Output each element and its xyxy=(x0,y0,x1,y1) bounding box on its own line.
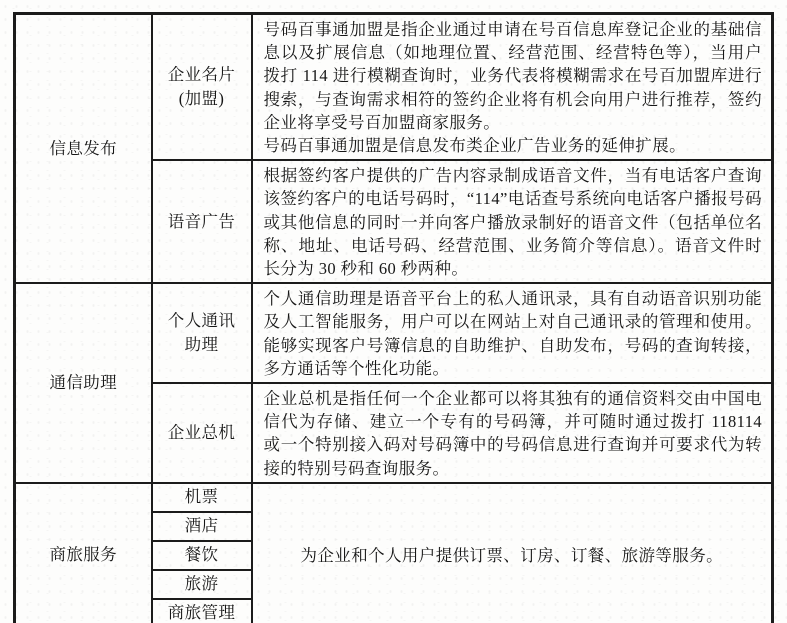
category-cell-business-travel: 商旅服务 xyxy=(15,483,152,623)
services-table: 信息发布 企业名片 (加盟) 号码百事通加盟是指企业通过申请在号百信息库登记企业… xyxy=(13,12,774,623)
category-cell-info-release: 信息发布 xyxy=(15,14,152,284)
table-row: 信息发布 企业名片 (加盟) 号码百事通加盟是指企业通过申请在号百信息库登记企业… xyxy=(15,14,773,161)
scanned-document-page: 信息发布 企业名片 (加盟) 号码百事通加盟是指企业通过申请在号百信息库登记企业… xyxy=(0,0,787,623)
service-desc-enterprise-switchboard: 企业总机是指任何一个企业都可以将其独有的通信资料交由中国电信代为存储、建立一个专… xyxy=(252,383,773,483)
service-name-hotel: 酒店 xyxy=(152,512,252,541)
service-desc-voice-ad: 根据签约客户提供的广告内容录制成语音文件，当有电话客户查询该签约客户的电话号码时… xyxy=(252,160,773,283)
table-row: 商旅服务 机票 为企业和个人用户提供订票、订房、订餐、旅游等服务。 xyxy=(15,483,773,512)
service-name-enterprise-switchboard: 企业总机 xyxy=(152,383,252,483)
category-cell-comm-assistant: 通信助理 xyxy=(15,283,152,483)
service-desc-personal-contact-assistant: 个人通信助理是语音平台上的私人通讯录，具有自动语音识别功能及人工智能服务，用户可… xyxy=(252,283,773,383)
service-name-flight-ticket: 机票 xyxy=(152,483,252,512)
service-name-voice-ad: 语音广告 xyxy=(152,160,252,283)
service-name-travel-management: 商旅管理 xyxy=(152,599,252,623)
service-name-dining: 餐饮 xyxy=(152,541,252,570)
service-name-travel: 旅游 xyxy=(152,570,252,599)
table-row: 通信助理 个人通讯 助理 个人通信助理是语音平台上的私人通讯录，具有自动语音识别… xyxy=(15,283,773,383)
service-name-personal-contact-assistant: 个人通讯 助理 xyxy=(152,283,252,383)
service-desc-business-travel: 为企业和个人用户提供订票、订房、订餐、旅游等服务。 xyxy=(252,483,773,623)
service-desc-enterprise-card: 号码百事通加盟是指企业通过申请在号百信息库登记企业的基础信息以及扩展信息（如地理… xyxy=(252,14,773,161)
service-name-enterprise-card: 企业名片 (加盟) xyxy=(152,14,252,161)
